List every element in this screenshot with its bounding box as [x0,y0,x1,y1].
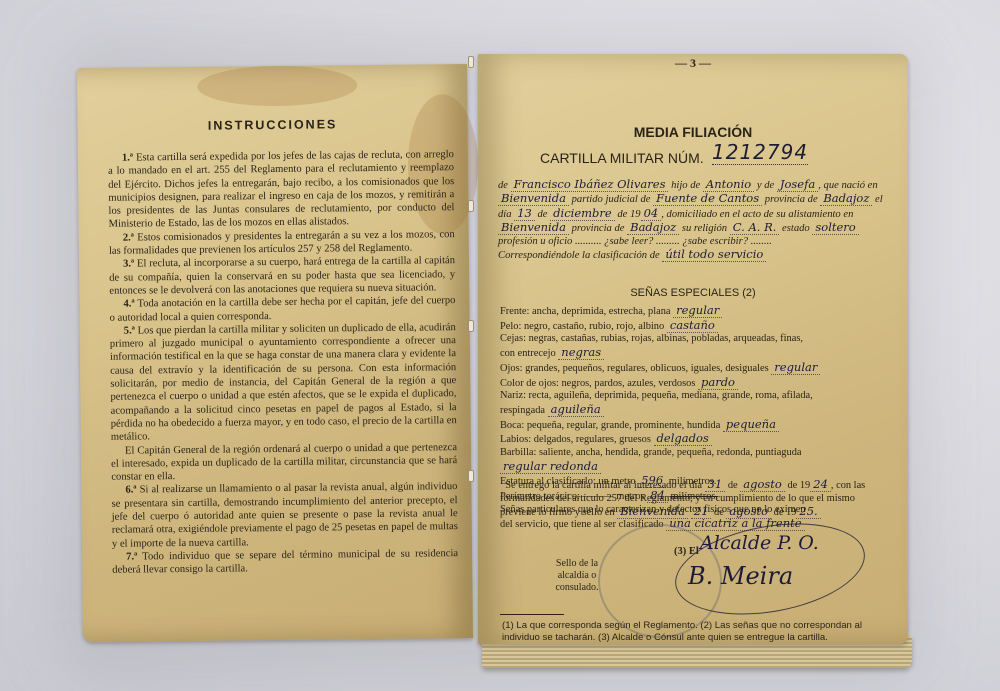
field-dia: 13 [514,206,535,221]
sena-row: con entrecejo negras [500,346,892,361]
field-birthplace: Bienvenida [498,191,569,206]
instruction-1: 1.ª Esta cartilla será expedida por los … [108,148,455,231]
sena-row: Boca: pequeña, regular, grande, prominen… [500,418,892,433]
instruction-6: 6.ª Si al realizarse un llamamiento o al… [111,481,458,551]
page-title: MEDIA FILIACIÓN [478,124,908,140]
cartilla-number: 1212794 [712,140,808,165]
sena-row: Frente: ancha, deprimida, estrecha, plan… [500,304,892,319]
instruction-3: 3.ª El recluta, al incorporarse a su cue… [109,254,455,298]
sena-row: Pelo: negro, castaño, rubio, rojo, albin… [500,319,892,334]
field-religion: C. A. R. [730,220,780,235]
field-father: Antonio [703,177,754,192]
field-name: Francisco Ibáñez Olivares [511,177,669,192]
binding-thread [468,56,474,68]
binding-thread [468,200,474,212]
sena-row: Nariz: recta, aguileña, deprimida, peque… [500,390,892,403]
field-domicilio: Bienvenida [498,220,569,235]
cartilla-label: CARTILLA MILITAR NÚM. [540,150,704,166]
signature-name: B. Meira [688,562,793,590]
footnote-divider [500,614,564,615]
sena-row: Barbilla: saliente, ancha, hendida, gran… [500,447,892,460]
field-clasificacion: útil todo servicio [662,247,766,262]
filiacion-form: de Francisco Ibáñez Olivares hijo de Ant… [498,178,892,263]
sena-row: Labios: delgados, regulares, gruesos del… [500,432,892,447]
page-number: — 3 — [478,56,908,71]
instructions-body: 1.ª Esta cartilla será expedida por los … [108,148,458,577]
field-anio: 04 [641,206,662,221]
field-provincia2: Badajoz [627,220,679,235]
right-page-media-filiacion: — 3 — MEDIA FILIACIÓN CARTILLA MILITAR N… [478,54,908,644]
sena-row: Cejas: negras, castañas, rubias, rojas, … [500,333,892,346]
sena-row: Color de ojos: negros, pardos, azules, v… [500,376,892,391]
field-provincia: Badajoz [820,191,872,206]
binding-thread [468,320,474,332]
field-estado: soltero [812,220,858,235]
signature-title: Alcalde P. O. [700,532,819,554]
signature-label: (3) El [674,546,699,557]
instruction-5: 5.ª Los que pierdan la cartilla militar … [110,321,457,444]
left-page-instrucciones: INSTRUCCIONES 1.ª Esta cartilla será exp… [77,64,473,642]
entrega-statement: Se entregó la cartilla militar al intere… [500,478,892,520]
instructions-title: INSTRUCCIONES [78,116,468,134]
field-partido: Fuente de Cantos [653,191,762,206]
instruction-5b: El Capitán General de la región ordenará… [111,441,457,485]
senas-title: SEÑAS ESPECIALES (2) [478,287,908,299]
sena-row: respingada aguileña [500,403,892,418]
binding-thread [468,470,474,482]
field-mes: diciembre [550,206,615,221]
sello-label: Sello de la alcaldía o consulado. [542,558,612,594]
footnotes: (1) La que corresponda según el Reglamen… [502,620,892,643]
instruction-7: 7.ª Todo individuo que se separe del tér… [112,547,458,577]
instruction-4: 4.ª Toda anotación en la cartilla debe s… [109,294,455,324]
sena-row: regular redonda [500,460,892,475]
water-stain [197,65,357,107]
sena-row: Ojos: grandes, pequeños, regulares, obli… [500,361,892,376]
instruction-2: 2.ª Estos comisionados y presidentes la … [109,228,455,258]
field-mother: Josefa [777,177,818,192]
